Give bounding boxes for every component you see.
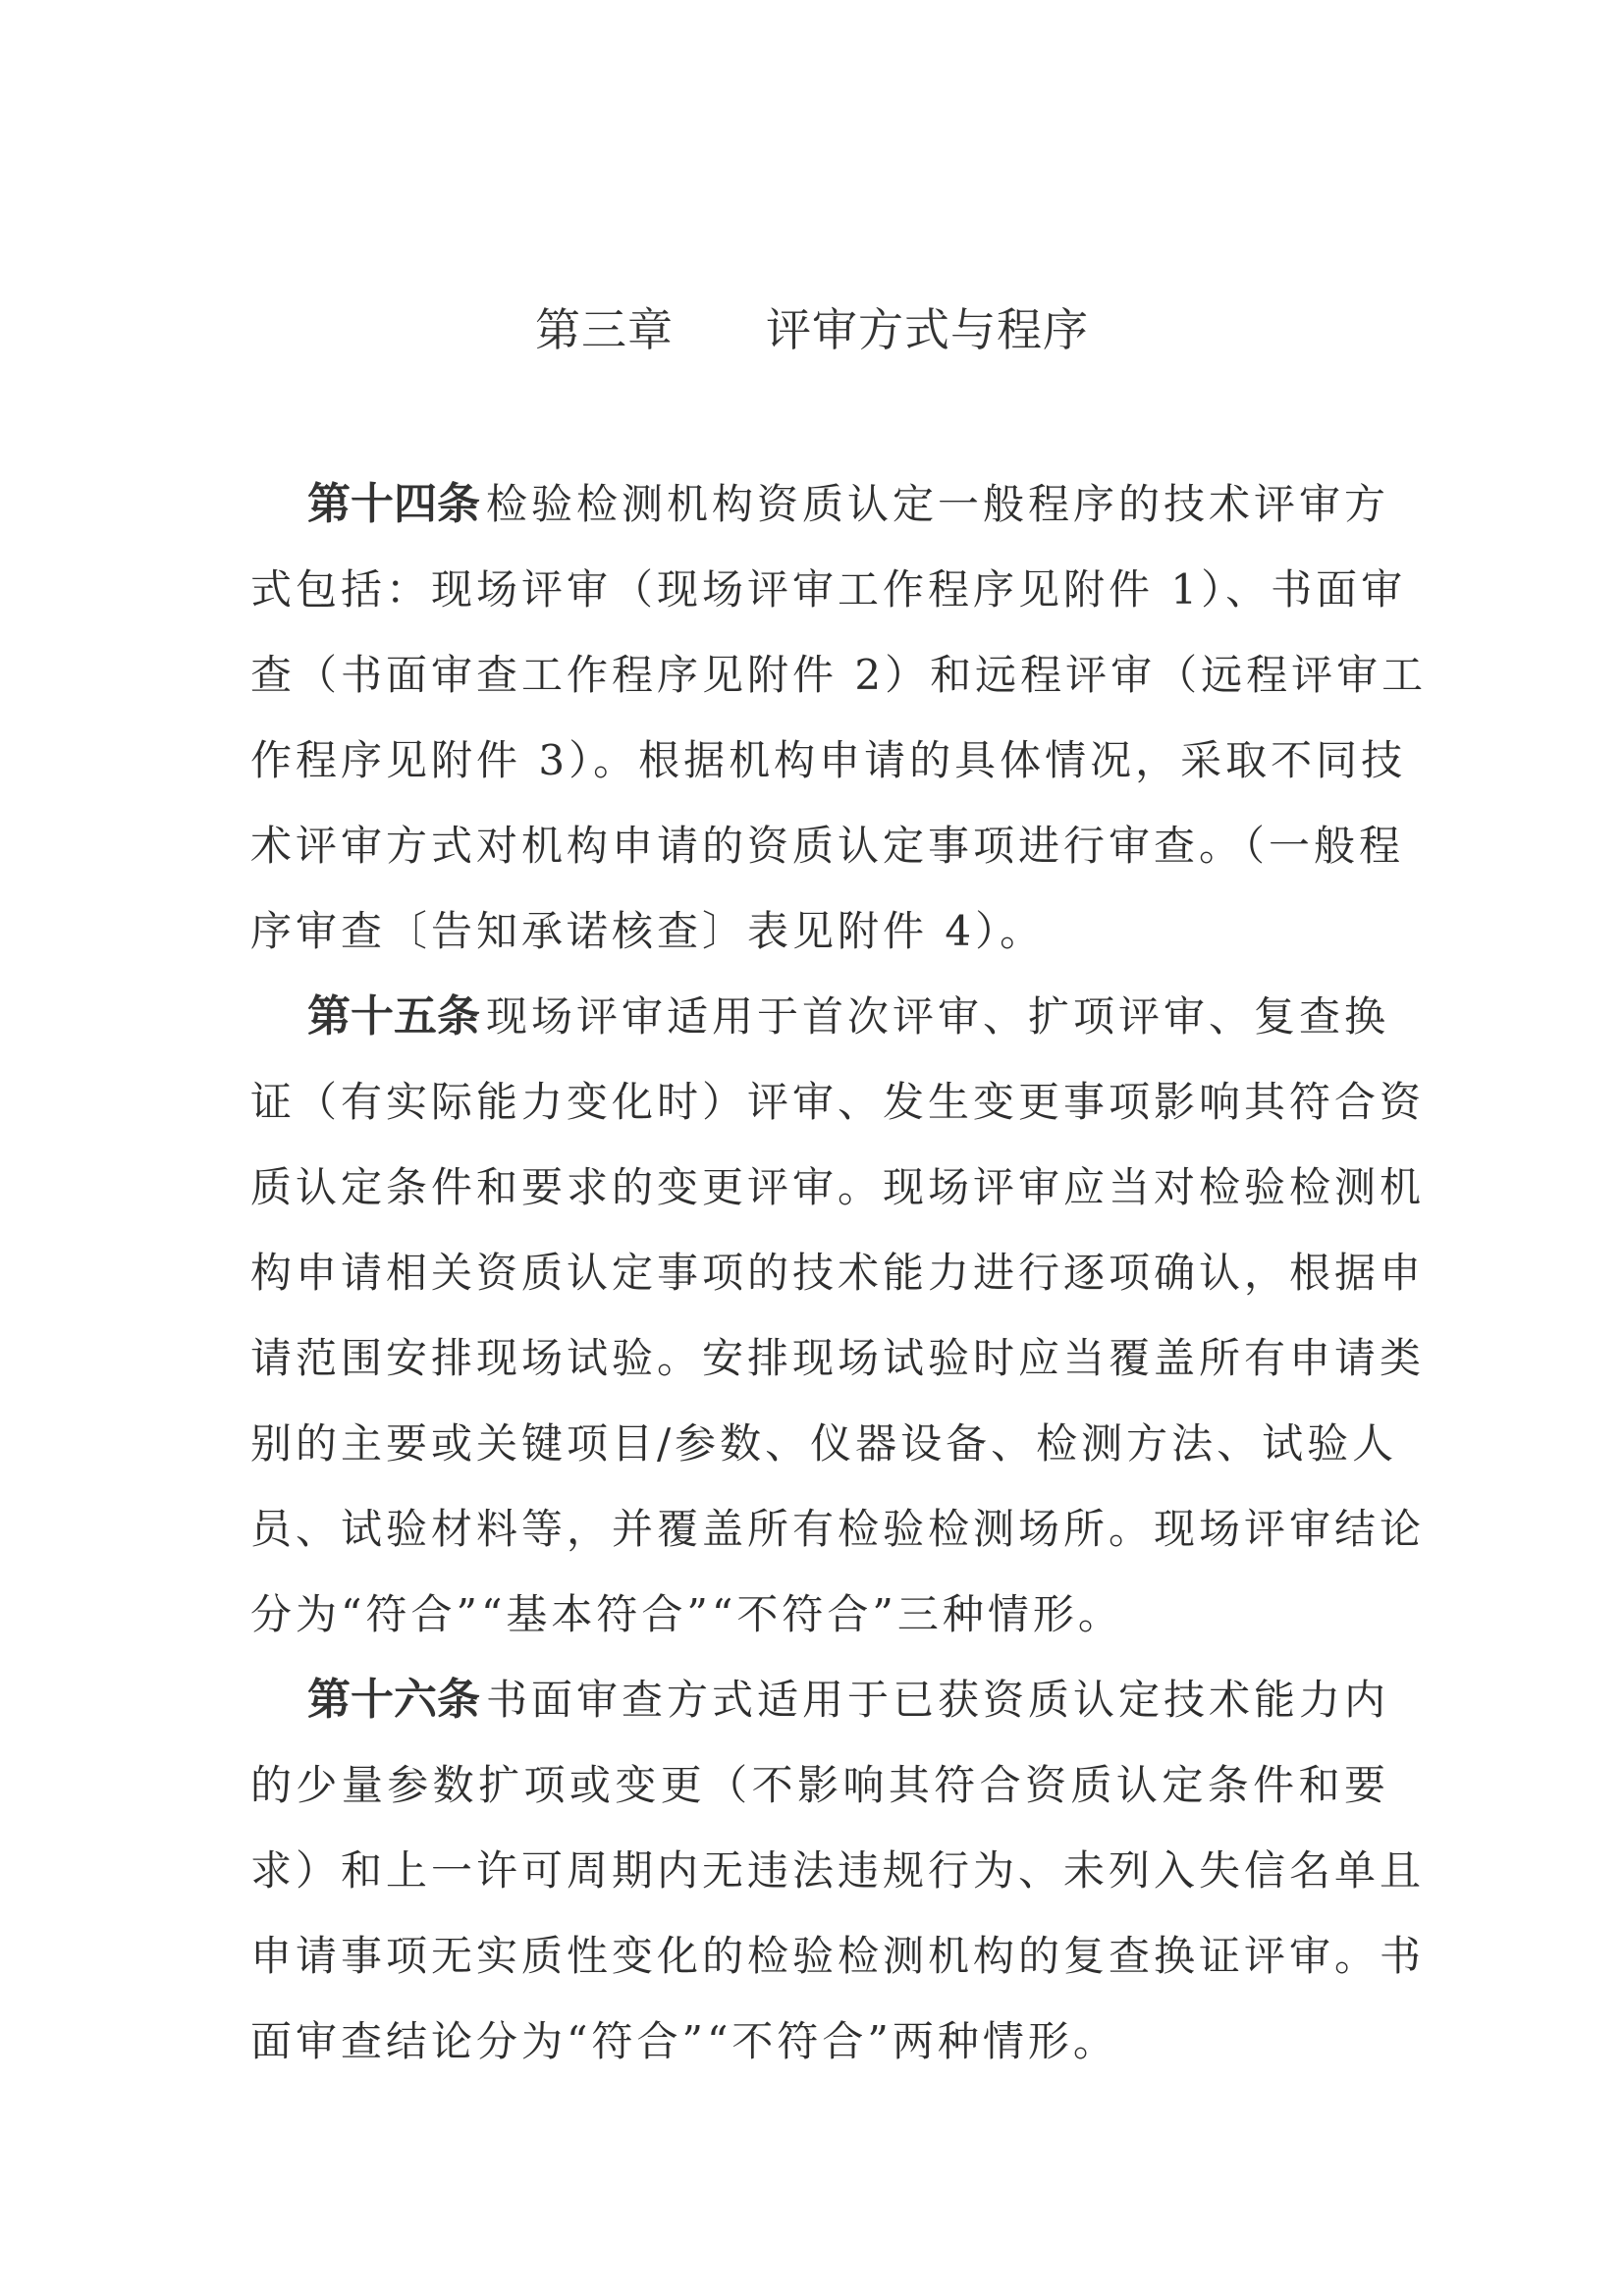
paragraph-line: 的少量参数扩项或变更（不影响其符合资质认定条件和要: [250, 1742, 1389, 1828]
chapter-title: 第三章 评审方式与程序: [0, 294, 1624, 359]
paragraph-line: 分为“符合”“基本符合”“不符合”三种情形。: [250, 1572, 1389, 1657]
document-page: 第三章 评审方式与程序 第十四条检验检测机构资质认定一般程序的技术评审方 式包括…: [0, 0, 1624, 2296]
article-heading: 第十四条: [307, 479, 480, 529]
article-heading: 第十六条: [307, 1675, 480, 1725]
paragraph-line: 求）和上一许可周期内无违法违规行为、未列入失信名单且: [250, 1828, 1389, 1913]
paragraph-line: 证（有实际能力变化时）评审、发生变更事项影响其符合资: [250, 1059, 1389, 1145]
paragraph-line: 序审查〔告知承诺核查〕表见附件 4）。: [250, 888, 1389, 974]
paragraph-line: 构申请相关资质认定事项的技术能力进行逐项确认，根据申: [250, 1230, 1389, 1315]
paragraph-line: 第十六条书面审查方式适用于已获资质认定技术能力内: [250, 1657, 1389, 1742]
article-heading: 第十五条: [307, 991, 480, 1041]
paragraph-line: 员、试验材料等，并覆盖所有检验检测场所。现场评审结论: [250, 1486, 1389, 1572]
paragraph-line: 申请事项无实质性变化的检验检测机构的复查换证评审。书: [250, 1913, 1389, 1999]
paragraph-line: 第十五条现场评审适用于首次评审、扩项评审、复查换: [250, 974, 1389, 1059]
paragraph-line: 查（书面审查工作程序见附件 2）和远程评审（远程评审工: [250, 632, 1389, 718]
article-15: 第十五条现场评审适用于首次评审、扩项评审、复查换 证（有实际能力变化时）评审、发…: [250, 974, 1389, 1657]
paragraph-line: 术评审方式对机构申请的资质认定事项进行审查。（一般程: [250, 803, 1389, 888]
paragraph-line: 式包括：现场评审（现场评审工作程序见附件 1）、书面审: [250, 547, 1389, 632]
article-16: 第十六条书面审查方式适用于已获资质认定技术能力内 的少量参数扩项或变更（不影响其…: [250, 1657, 1389, 2084]
paragraph-line: 质认定条件和要求的变更评审。现场评审应当对检验检测机: [250, 1145, 1389, 1230]
paragraph-line: 别的主要或关键项目/参数、仪器设备、检测方法、试验人: [250, 1401, 1389, 1486]
paragraph-line: 面审查结论分为“符合”“不符合”两种情形。: [250, 1999, 1389, 2084]
document-body: 第十四条检验检测机构资质认定一般程序的技术评审方 式包括：现场评审（现场评审工作…: [250, 461, 1389, 2084]
paragraph-line: 作程序见附件 3）。根据机构申请的具体情况，采取不同技: [250, 718, 1389, 803]
article-14: 第十四条检验检测机构资质认定一般程序的技术评审方 式包括：现场评审（现场评审工作…: [250, 461, 1389, 974]
paragraph-line: 第十四条检验检测机构资质认定一般程序的技术评审方: [250, 461, 1389, 547]
paragraph-line: 请范围安排现场试验。安排现场试验时应当覆盖所有申请类: [250, 1315, 1389, 1401]
